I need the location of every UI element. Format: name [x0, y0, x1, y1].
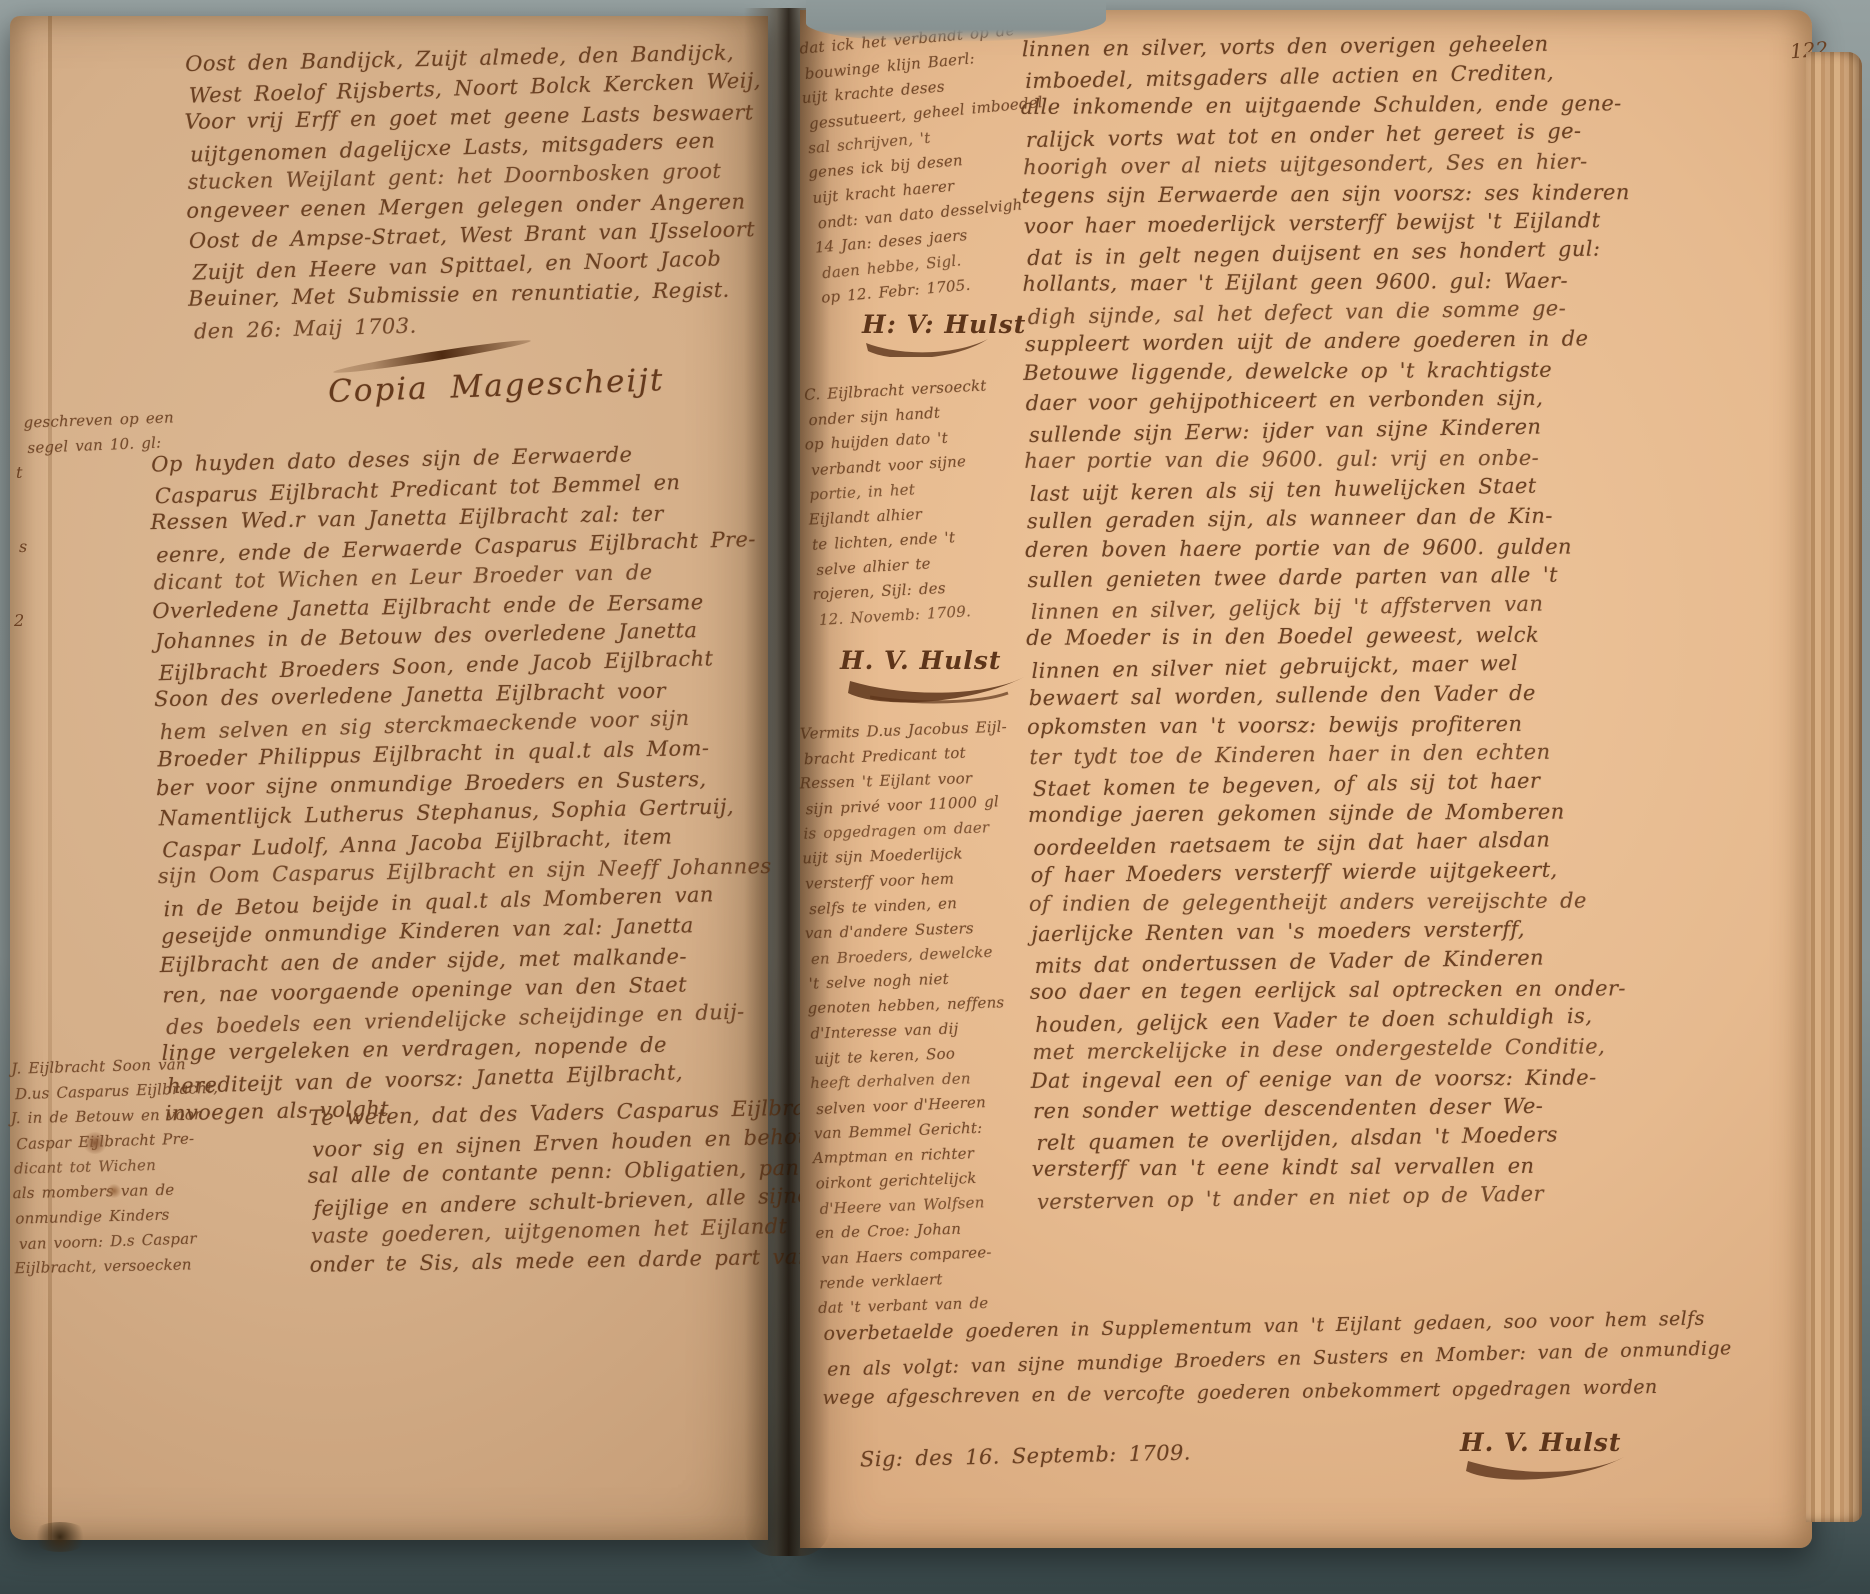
- paper-stain: [30, 1522, 90, 1552]
- text-line: hoorigh over al niets uijtgesondert, Ses…: [1023, 147, 1632, 183]
- text-line: Dat ingeval een of eenige van de voorsz:…: [1031, 1063, 1639, 1096]
- fore-edge-pages: [1806, 52, 1862, 1522]
- signature-hvhulst-3: H. V. Hulst: [1460, 1428, 1621, 1457]
- right-body-paragraph: linnen en silver, vorts den overigen geh…: [1022, 29, 1643, 1215]
- spine-marks: ts2: [16, 436, 26, 658]
- signature-block-1: H: V: Hulst: [862, 310, 1026, 357]
- left-record-end-paragraph: Oost den Bandijck, Zuijt almede, den Ban…: [185, 38, 763, 345]
- text-line: 2: [14, 584, 25, 658]
- signature-hvhulst-2: H. V. Hulst: [840, 646, 1001, 675]
- signature-flourish: [840, 671, 1030, 705]
- text-line: of indien de gelegentheijt anders vereij…: [1029, 886, 1637, 919]
- signature-flourish: [1460, 1453, 1630, 1483]
- text-line: tegens sijn Eerwaerde aen sijn voorsz: s…: [1021, 178, 1629, 211]
- left-body-paragraph: Op huyden dato deses sijn de EerwaerdeCa…: [151, 438, 779, 1129]
- text-line: met merckelijcke in dese ondergestelde C…: [1032, 1032, 1641, 1068]
- text-line: Eijlbracht, versoecken: [14, 1252, 218, 1281]
- text-line: als mombers van de: [12, 1177, 216, 1206]
- text-line: deren boven haere portie van de 9600. gu…: [1025, 532, 1633, 565]
- heading-copia-magescheijt: Copia Magescheijt: [327, 362, 665, 410]
- margin-note-1: dat ick het verbandt op debouwinge klijn…: [798, 16, 1056, 310]
- right-page: 122 dat ick het verbandt op debouwinge k…: [800, 10, 1812, 1548]
- text-line: s: [19, 510, 30, 584]
- page-gutter: [744, 8, 830, 1556]
- margin-note-2: C. Eijlbracht versoecktonder sijn handto…: [804, 373, 999, 632]
- margin-note-3: Vermits D.us Jacobus Eijl-bracht Predica…: [800, 715, 1028, 1322]
- text-line: Betouwe liggende, dewelcke op 't krachti…: [1023, 355, 1631, 388]
- left-page: ts2 Oost den Bandijck, Zuijt almede, den…: [10, 16, 768, 1540]
- book-spread: ts2 Oost den Bandijck, Zuijt almede, den…: [0, 0, 1870, 1594]
- signature-block-3: H. V. Hulst: [1460, 1428, 1630, 1483]
- signature-block-2: H. V. Hulst: [840, 646, 1030, 705]
- margin-note-parties: J. Eijlbracht Soon vanD.us Casparus Eijl…: [11, 1051, 220, 1281]
- signature-hvhulst-1: H: V: Hulst: [862, 310, 1026, 339]
- closing-date-line: Sig: des 16. Septemb: 1709.: [860, 1439, 1191, 1475]
- right-body-bottom-paragraph: overbetaelde goederen in Supplementum va…: [823, 1302, 1729, 1417]
